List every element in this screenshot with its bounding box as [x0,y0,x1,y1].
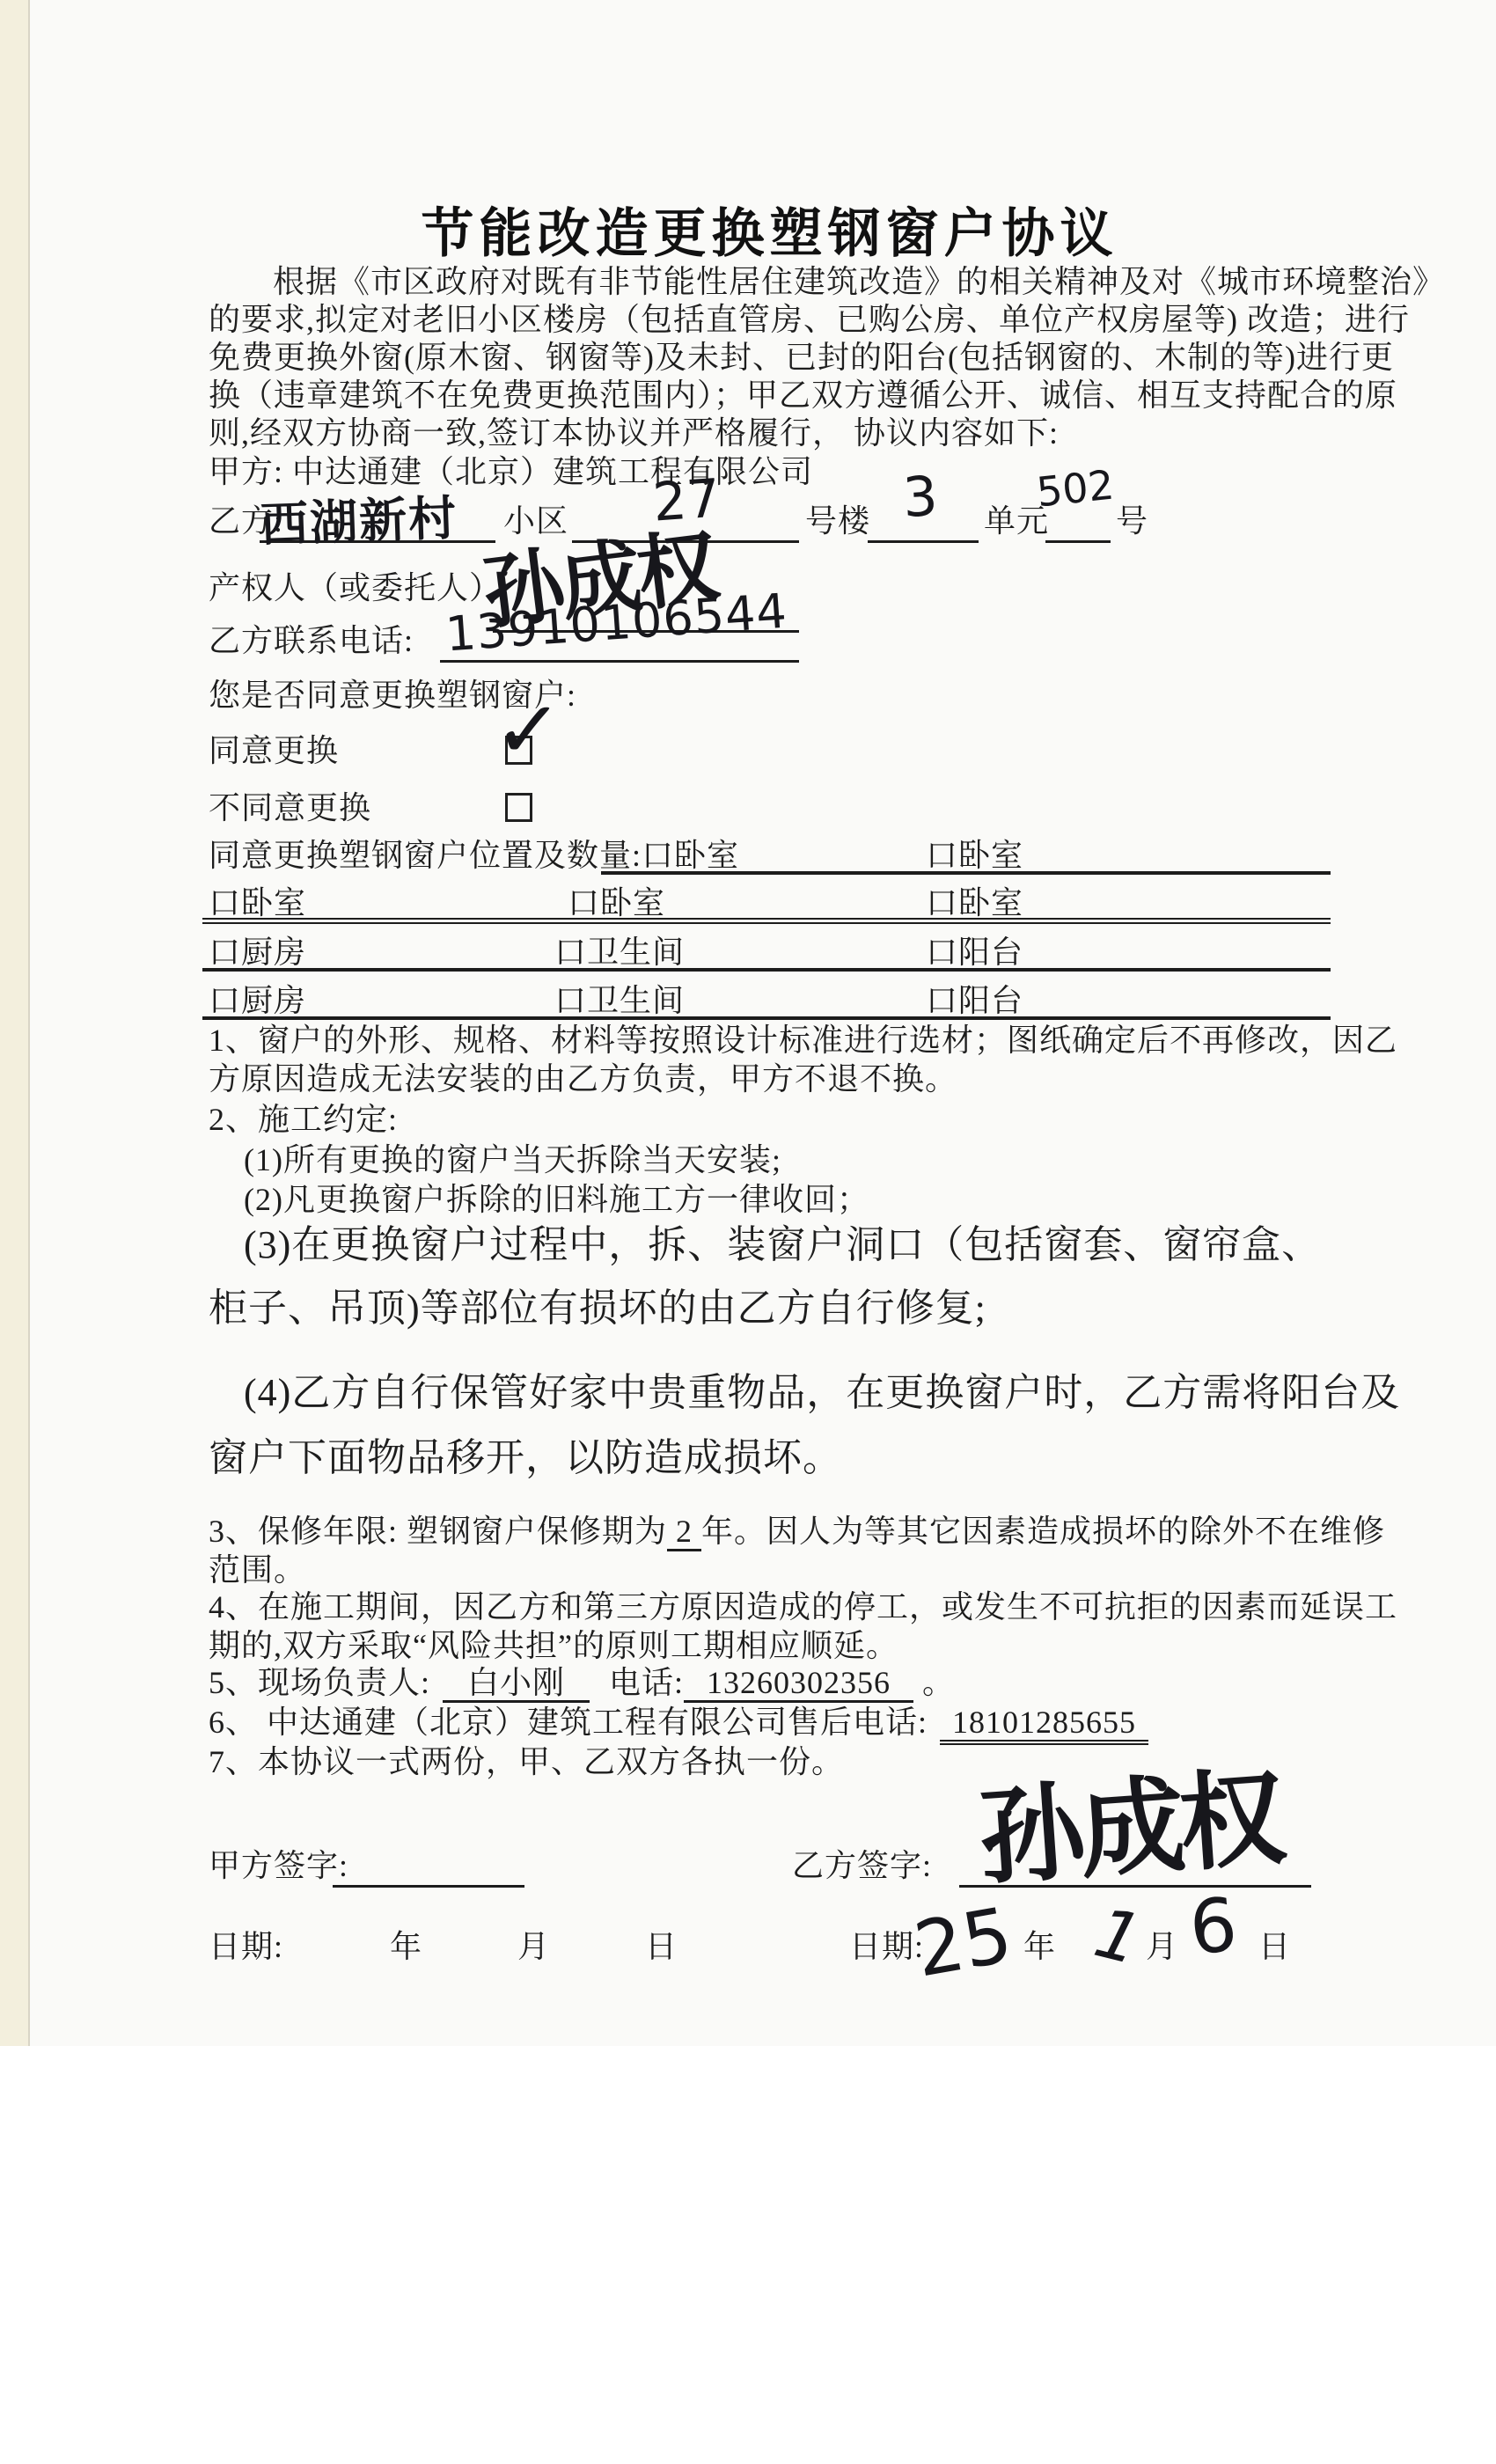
sign-party-b-label: 乙方签字: [792,1848,932,1884]
locations-cell: 口卧室 [568,885,665,921]
warranty-pre: 3、保修年限: 塑钢窗户保修期为 [209,1514,667,1549]
handwriting-party-b-signature: 孙成权 [973,1734,1284,1905]
locations-cell: 口卧室 [926,838,1023,874]
intro-line: 换（违章建筑不在免费更换范围内）；甲乙双方遵循公开、诚信、相互支持配合的原 [209,378,1397,414]
locations-cell: 口卧室 [209,885,306,921]
table-line [601,871,1331,875]
owner-label: 产权人（或委托人） [209,570,502,606]
field-haolou: 号楼 [805,503,870,539]
intro-line: 的要求,拟定对老旧小区楼房（包括直管房、已购公房、单位产权房屋等) 改造；进行 [209,302,1410,338]
term-line: 2、施工约定: [209,1102,398,1138]
site-manager-name: 白小刚 [443,1665,590,1703]
warranty-post: 年。因人为等其它因素造成损坏的除外不在维修 [701,1514,1385,1549]
locations-cell: 口阳台 [926,935,1023,971]
term-line-warranty: 3、保修年限: 塑钢窗户保修期为2年。因人为等其它因素造成损坏的除外不在维修 [209,1514,1385,1550]
locations-cell: 口卧室 [926,885,1023,921]
aftersales-label: 6、 中达通建（北京）建筑工程有限公司售后电话: [209,1705,928,1740]
term-line: 窗户下面物品移开，以防造成损坏。 [209,1436,842,1481]
locations-cell: 口卫生间 [554,983,685,1019]
checkmark-icon: ✓ [493,682,564,779]
term-line-aftersales: 6、 中达通建（北京）建筑工程有限公司售后电话:18101285655 [209,1705,1148,1741]
date-a-day-char: 日 [645,1929,678,1965]
scanned-agreement-page: 节能改造更换塑钢窗户协议 根据《市区政府对既有非节能性居住建筑改造》的相关精神及… [0,0,1496,2464]
sign-party-a-label: 甲方签字: [209,1848,348,1884]
blank-underline-unit [868,540,979,543]
locations-cell: 口厨房 [209,935,306,971]
intro-line: 则,经双方协商一致,签订本协议并严格履行， 协议内容如下: [209,415,1059,451]
locations-cell: 口厨房 [209,983,306,1019]
date-b-month-char: 月 [1146,1929,1178,1965]
term-line: 4、在施工期间，因乙方和第三方原因造成的停工，或发生不可抗拒的因素而延误工 [209,1589,1397,1625]
term-line: 范围。 [209,1552,306,1588]
date-a-month-char: 月 [517,1929,550,1965]
intro-line: 根据《市区政府对既有非节能性居住建筑改造》的相关精神及对《城市环境整治》 [273,264,1445,300]
blank-underline-room [1045,540,1111,543]
handwriting-community-name: 西湖新村 [260,480,459,555]
term-line: (3)在更换窗户过程中，拆、装窗户洞口（包括窗套、窗帘盒、 [244,1223,1321,1268]
agree-label: 同意更换 [209,733,339,769]
signature-line-party-a [333,1885,524,1888]
locations-header-cell: 同意更换塑钢窗户位置及数量:口卧室 [209,838,739,874]
locations-cell: 口卫生间 [554,935,685,971]
disagree-label: 不同意更换 [209,790,371,826]
aftersales-phone: 18101285655 [940,1705,1148,1745]
table-line [202,968,1331,972]
doc-title: 节能改造更换塑钢窗户协议 [209,192,1331,268]
term-line: 期的,双方采取“风险共担”的原则工期相应顺延。 [209,1628,898,1664]
site-manager-label: 5、现场负责人: [209,1665,430,1700]
field-hao: 号 [1116,503,1148,539]
term-line: 7、本协议一式两份，甲、乙双方各执一份。 [209,1744,844,1780]
term-line: 柜子、吊顶)等部位有损坏的由乙方自行修复; [209,1287,986,1331]
date-b-day-char: 日 [1258,1929,1291,1965]
sentence-end: 。 [922,1665,955,1700]
blank-underline-phone [440,660,799,663]
term-line-site-manager: 5、现场负责人:白小刚电话:13260302356。 [209,1665,955,1701]
term-line: (4)乙方自行保管好家中贵重物品，在更换窗户时，乙方需将阳台及 [244,1371,1400,1416]
date-a-year-char: 年 [390,1929,422,1965]
phone-label: 乙方联系电话: [209,623,414,659]
intro-line: 免费更换外窗(原木窗、钢窗等)及未封、已封的阳台(包括钢窗的、木制的等)进行更 [209,340,1394,376]
term-line: (2)凡更换窗户拆除的旧料施工方一律收回； [244,1182,869,1218]
handwriting-day-value: 6 [1186,1881,1241,1971]
date-a-label: 日期: [209,1929,283,1965]
date-b-year-char: 年 [1023,1929,1056,1965]
handwriting-room-no: 502 [1034,461,1116,517]
handwriting-unit-no: 3 [901,464,939,530]
term-line: (1)所有更换的窗户当天拆除当天安装; [244,1142,781,1178]
warranty-years-value: 2 [667,1514,701,1551]
locations-cell: 口阳台 [926,983,1023,1019]
site-manager-phone: 13260302356 [684,1665,913,1703]
table-line [202,918,1331,924]
site-manager-phone-label: 电话: [609,1665,684,1700]
scan-left-margin-strip [0,0,30,2046]
handwriting-year-value: 25 [908,1891,1018,1994]
table-line [202,1016,1331,1020]
party-a-line: 甲方: 中达通建（北京）建筑工程有限公司 [209,454,813,490]
term-line: 1、窗户的外形、规格、材料等按照设计标准进行选材；图纸确定后不再修改，因乙 [209,1023,1397,1059]
disagree-checkbox [505,793,532,822]
term-line: 方原因造成无法安装的由乙方负责，甲方不退不换。 [209,1061,957,1097]
